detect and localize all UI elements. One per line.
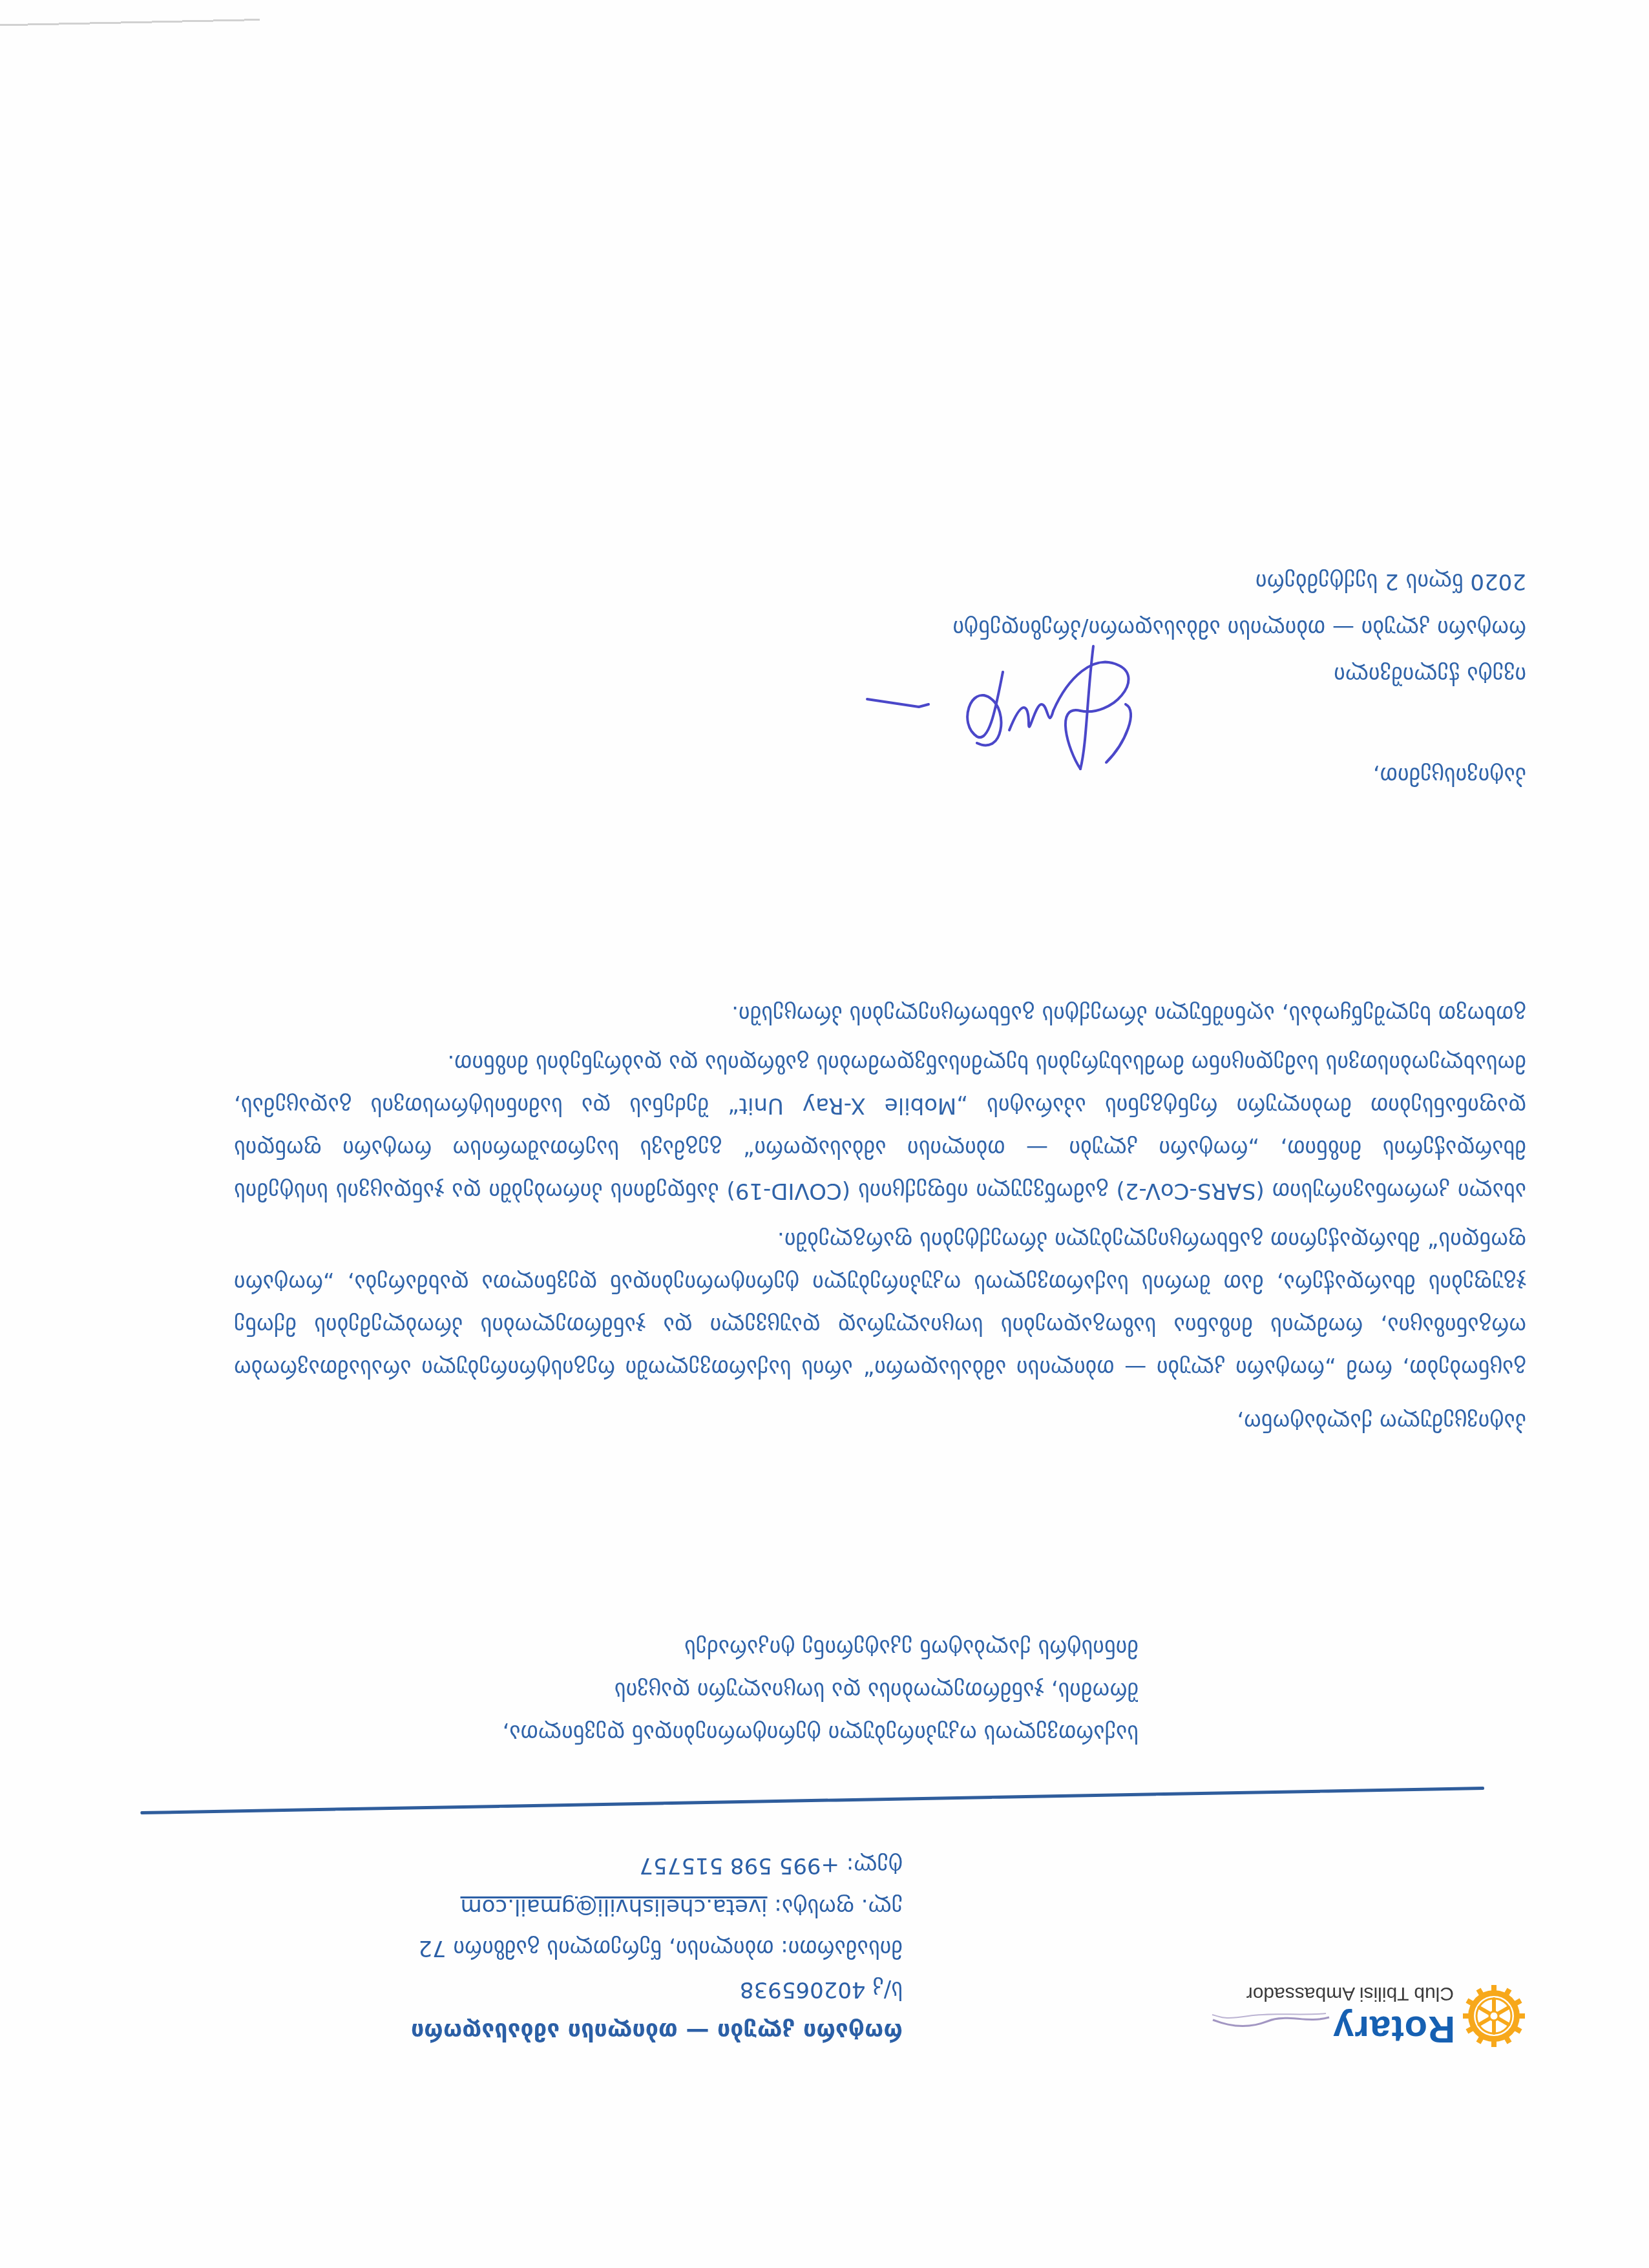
email-line: ელ. ფოსტა: iveta.chelishvili@gmail.com <box>192 1886 903 1927</box>
body-paragraph: გთხოვთ ხელშეწყობას, აღნიშნული პროექტის გ… <box>234 992 1526 1035</box>
organization-name: როტარი კლუბი — თბილისი ამბასადორი <box>192 2010 903 2052</box>
stamp-mark-icon <box>1210 2010 1332 2035</box>
letterhead: Rotary Club Tbilisi Ambassador როტარი კლ… <box>0 1803 1649 2268</box>
email-link[interactable]: iveta.chelishvili@gmail.com <box>461 1894 768 1920</box>
salutation: პატივცემულო ქალბატონო, <box>1237 1409 1526 1434</box>
signer-name: ივეტა ჭელიშვილი <box>952 651 1526 698</box>
club-name: Club Tbilisi Ambassador <box>1246 1982 1454 2004</box>
letter-date: 2020 წლის 2 სექტემბერი <box>952 558 1526 605</box>
recipient-line: შრომის, ჯანმრთელობისა და სოციალური დაცვი… <box>221 1669 1139 1712</box>
email-label: ელ. ფოსტა: <box>774 1894 903 1920</box>
recipient-line: მინისტრს ქალბატონ ეკატერინე ტიკარაძეს <box>221 1626 1139 1669</box>
recipient-block: საქართველოს ოკუპირებული ტერიტორიებიდან დ… <box>221 1626 1139 1754</box>
closing: პატივისცემით, <box>1373 762 1526 788</box>
rotary-wordmark: Rotary <box>1332 2008 1455 2051</box>
rotary-logo: Rotary Club Tbilisi Ambassador <box>1203 1971 1526 2055</box>
body-paragraph: გაცნობებთ, რომ „როტარი კლუბი — თბილისი ა… <box>234 1219 1526 1389</box>
scanned-letter-page: Rotary Club Tbilisi Ambassador როტარი კლ… <box>0 0 1649 2268</box>
body-paragraph: ახალი კორონავირუსით (SARS-CoV-2) გამოწვე… <box>234 1042 1526 1212</box>
signer-block: ივეტა ჭელიშვილი როტარი კლუბი — თბილისი ა… <box>952 558 1526 698</box>
tax-id: ს/კ 402065938 <box>192 1969 903 2010</box>
scan-edge-artifact <box>0 19 260 39</box>
recipient-line: საქართველოს ოკუპირებული ტერიტორიებიდან დ… <box>221 1712 1139 1754</box>
letter-body: გაცნობებთ, რომ „როტარი კლუბი — თბილისი ა… <box>234 986 1526 1389</box>
organization-details: როტარი კლუბი — თბილისი ამბასადორი ს/კ 40… <box>192 1845 903 2052</box>
signer-title: როტარი კლუბი — თბილისი ამბასადორი/პრეზიდ… <box>952 605 1526 651</box>
rotary-wheel-icon <box>1462 1984 1526 2048</box>
address: მისამართი: თბილისი, წერეთლის გამზირი 72 <box>192 1927 903 1969</box>
phone: ტელ: +995 598 515757 <box>192 1845 903 1886</box>
